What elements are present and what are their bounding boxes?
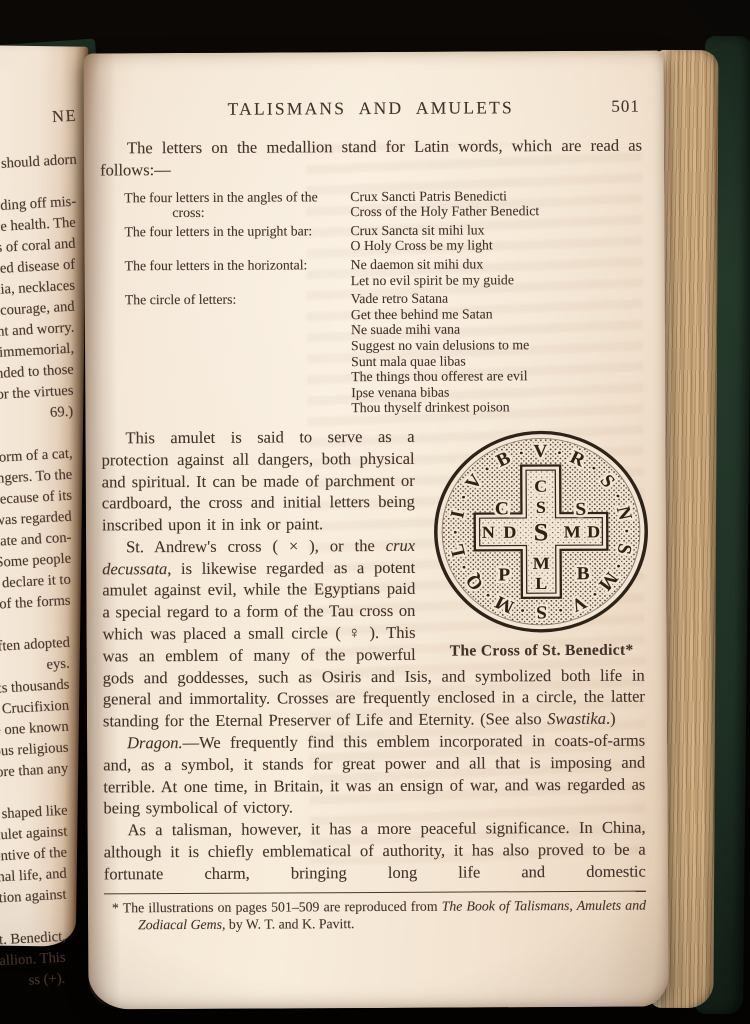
latin-line: Thou thyself drinkest poison [351, 399, 643, 416]
latin-line: Vade retro Satana [351, 290, 643, 307]
table-row-lines: Crux Sancti Patris BenedictiCross of the… [350, 187, 642, 220]
running-head: TALISMANS AND AMULETS [228, 97, 514, 118]
page-number: 501 [611, 95, 640, 119]
latin-line: Ipse venana bibas [351, 383, 643, 400]
footnote-rule [104, 890, 646, 894]
table-row-lines: Crux Sancta sit mihi luxO Holy Cross be … [350, 221, 642, 254]
svg-text:V: V [533, 441, 548, 461]
latin-line: Crux Sancti Patris Benedicti [350, 187, 642, 204]
latin-line: Ne suade mihi vana [351, 321, 643, 338]
paragraph-dragon: Dragon.—We frequently find this emblem i… [103, 730, 645, 820]
table-row-label: The four letters in the upright bar: [124, 223, 336, 255]
latin-line: Cross of the Holy Father Benedict [350, 203, 642, 220]
latin-line: O Holy Cross be my light [350, 237, 642, 254]
intro-paragraph: The letters on the medallion stand for L… [100, 135, 642, 181]
svg-text:L: L [535, 573, 547, 592]
st-benedict-medal-illustration: LIVBVRSNSMVSMQCSMLNDMDSCSPB [427, 424, 654, 638]
previous-page-edge: NEshould adornarding off mis-e health. T… [0, 45, 88, 946]
table-row-label: The four letters in the angles of the cr… [124, 189, 336, 221]
latin-line: Suggest no vain delusions to me [351, 337, 643, 354]
page-header: TALISMANS AND AMULETS 501 [100, 95, 642, 122]
footnote: * The illustrations on pages 501–509 are… [104, 896, 646, 934]
svg-text:N: N [482, 522, 495, 541]
previous-page-text-fragments: NEshould adornarding off mis-e health. T… [0, 102, 77, 989]
latin-line: Ne daemon sit mihi dux [351, 256, 643, 273]
latin-line: Let no evil spirit be my guide [351, 271, 643, 288]
svg-text:S: S [534, 518, 549, 546]
table-row-lines: Ne daemon sit mihi duxLet no evil spirit… [351, 256, 643, 289]
svg-text:B: B [577, 564, 590, 584]
page-content: TALISMANS AND AMULETS 501 The letters on… [100, 95, 646, 934]
svg-text:P: P [498, 565, 510, 585]
previous-page-line-fragment: ss (+). [0, 969, 66, 999]
svg-text:D: D [587, 522, 600, 541]
latin-line: Sunt mala quae libas [351, 352, 643, 369]
book-photo: NEshould adornarding off mis-e health. T… [0, 0, 750, 1024]
svg-text:M: M [533, 553, 551, 572]
table-row: The circle of letters:Vade retro SatanaG… [125, 290, 644, 417]
latin-line: Crux Sancta sit mihi lux [350, 221, 642, 238]
table-row-lines: Vade retro SatanaGet thee behind me Sata… [351, 290, 644, 416]
svg-text:C: C [534, 476, 547, 495]
latin-translation-table: The four letters in the angles of the cr… [124, 187, 643, 417]
table-row: The four letters in the angles of the cr… [124, 187, 642, 221]
table-row: The four letters in the upright bar:Crux… [124, 221, 642, 255]
svg-text:M: M [564, 522, 582, 541]
svg-text:S: S [536, 497, 546, 516]
table-row: The four letters in the horizontal:Ne da… [125, 256, 643, 290]
medallion-figure: LIVBVRSNSMVSMQCSMLNDMDSCSPB The Cross of… [423, 424, 658, 662]
table-row-label: The four letters in the horizontal: [125, 257, 337, 289]
figure-caption: The Cross of St. Benedict* [425, 639, 659, 662]
svg-text:C: C [495, 499, 509, 519]
svg-text:D: D [503, 522, 516, 541]
svg-text:S: S [536, 601, 547, 621]
table-row-label: The circle of letters: [125, 291, 338, 417]
latin-line: Get thee behind me Satan [351, 305, 643, 322]
book-page: TALISMANS AND AMULETS 501 The letters on… [84, 50, 669, 1009]
svg-text:S: S [575, 499, 586, 519]
paragraph-talisman: As a talisman, however, it has a more pe… [104, 817, 646, 885]
body-text: LIVBVRSNSMVSMQCSMLNDMDSCSPB The Cross of… [101, 425, 645, 886]
latin-line: The things thou offerest are evil [351, 368, 643, 385]
